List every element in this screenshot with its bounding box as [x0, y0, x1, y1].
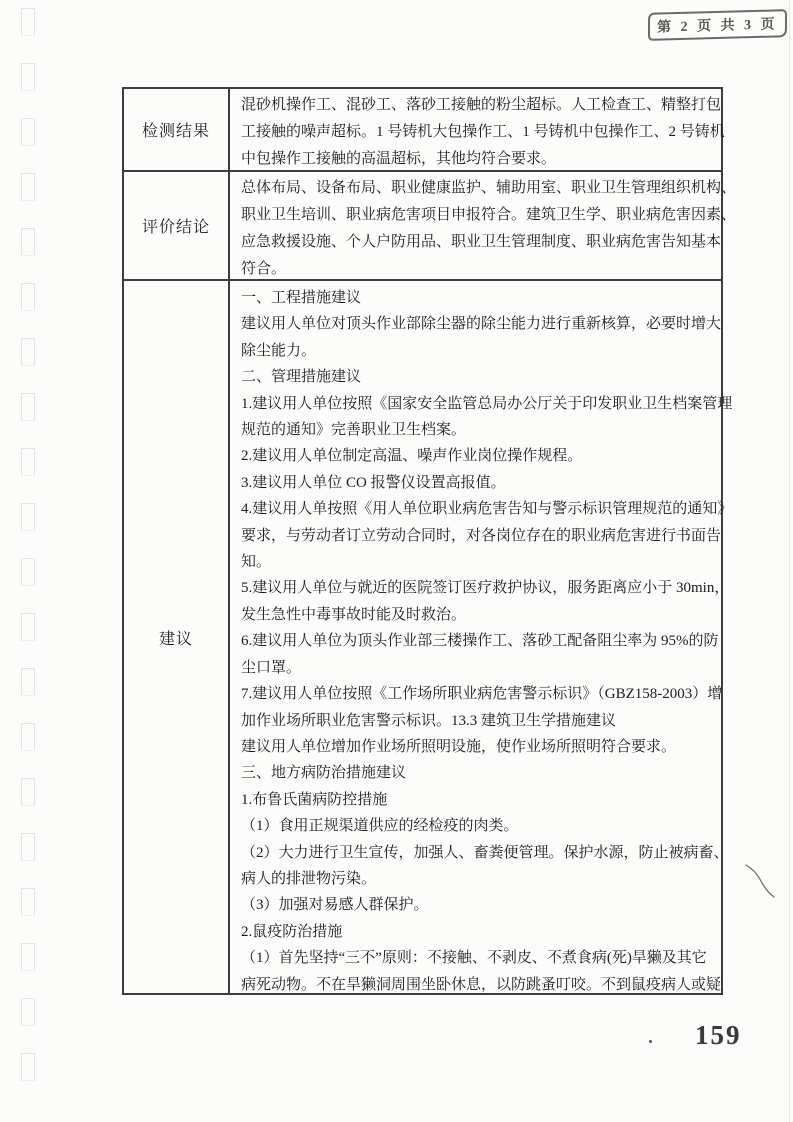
- row-content: 一、工程措施建议建议用人单位对顶头作业部除尘器的除尘能力进行重新核算，必要时增大…: [230, 281, 740, 993]
- text-line: 总体布局、设备布局、职业健康监护、辅助用室、职业卫生管理组织机构、: [241, 175, 736, 202]
- page-number: 159: [695, 1020, 742, 1051]
- row-content: 混砂机操作工、混砂工、落砂工接触的粉尘超标。人工检查工、精整打包工接触的噪声超标…: [230, 89, 733, 170]
- text-line: 6.建议用人单位为顶头作业部三楼操作工、落砂工配备阻尘率为 95%的防: [241, 628, 732, 654]
- scanned-document-page: 第 2 页 共 3 页 检测结果 混砂机操作工、混砂工、落砂工接触的粉尘超标。人…: [0, 0, 793, 1122]
- text-line: 病死动物。不在旱獭洞周围坐卧休息，以防跳蚤叮咬。不到鼠疫病人或疑: [241, 972, 732, 998]
- text-line: 加作业场所职业危害警示标识。13.3 建筑卫生学措施建议: [241, 708, 732, 734]
- text-line: 2.建议用人单位制定高温、噪声作业岗位操作规程。: [241, 443, 732, 469]
- text-line: 三、地方病防治措施建议: [241, 760, 732, 786]
- text-line: 职业卫生培训、职业病危害项目申报符合。建筑卫生学、职业病危害因素、: [241, 202, 736, 229]
- page-stamp-text: 第 2 页 共 3 页: [657, 13, 778, 36]
- text-line: 工接触的噪声超标。1 号铸机大包操作工、1 号铸机中包操作工、2 号铸机: [241, 119, 725, 146]
- text-line: 应急救援设施、个人户防用品、职业卫生管理制度、职业病危害告知基本: [241, 229, 736, 256]
- text-line: 建议用人单位对顶头作业部除尘器的除尘能力进行重新核算，必要时增大: [241, 311, 732, 337]
- stray-pen-mark: [740, 855, 785, 910]
- assessment-table: 检测结果 混砂机操作工、混砂工、落砂工接触的粉尘超标。人工检查工、精整打包工接触…: [122, 87, 723, 995]
- row-label: 建议: [124, 281, 230, 993]
- text-line: 7.建议用人单位按照《工作场所职业病危害警示标识》（GBZ158-2003）增: [241, 681, 732, 707]
- text-line: 一、工程措施建议: [241, 285, 732, 311]
- text-line: 2.鼠疫防治措施: [241, 919, 732, 945]
- table-row-detection-results: 检测结果 混砂机操作工、混砂工、落砂工接触的粉尘超标。人工检查工、精整打包工接触…: [124, 89, 721, 170]
- text-line: （2）大力进行卫生宣传，加强人、畜粪便管理。保护水源，防止被病畜、: [241, 840, 732, 866]
- text-line: 3.建议用人单位 CO 报警仪设置高报值。: [241, 470, 732, 496]
- text-line: 符合。: [241, 256, 736, 283]
- text-line: 发生急性中毒事故时能及时救治。: [241, 602, 732, 628]
- page-edge-shadow: [789, 0, 790, 1122]
- text-line: 二、管理措施建议: [241, 364, 732, 390]
- text-line: 尘口罩。: [241, 655, 732, 681]
- text-line: 知。: [241, 549, 732, 575]
- page-stamp: 第 2 页 共 3 页: [648, 9, 787, 41]
- text-line: （1）首先坚持“三不”原则：不接触、不剥皮、不煮食病(死)旱獭及其它: [241, 945, 732, 971]
- stray-dot-mark: [649, 1040, 652, 1043]
- text-line: 病人的排泄物污染。: [241, 866, 732, 892]
- text-line: （1）食用正规渠道供应的经检疫的肉类。: [241, 813, 732, 839]
- text-line: 5.建议用人单位与就近的医院签订医疗救护协议，服务距离应小于 30min，: [241, 575, 732, 601]
- text-line: 除尘能力。: [241, 338, 732, 364]
- row-label: 评价结论: [124, 172, 230, 279]
- text-line: 混砂机操作工、混砂工、落砂工接触的粉尘超标。人工检查工、精整打包: [241, 92, 725, 119]
- text-line: 1.布鲁氏菌病防控措施: [241, 787, 732, 813]
- table-row-recommendations: 建议 一、工程措施建议建议用人单位对顶头作业部除尘器的除尘能力进行重新核算，必要…: [124, 279, 721, 993]
- text-line: 1.建议用人单位按照《国家安全监管总局办公厅关于印发职业卫生档案管理: [241, 391, 732, 417]
- table-row-evaluation-conclusion: 评价结论 总体布局、设备布局、职业健康监护、辅助用室、职业卫生管理组织机构、职业…: [124, 170, 721, 279]
- row-content: 总体布局、设备布局、职业健康监护、辅助用室、职业卫生管理组织机构、职业卫生培训、…: [230, 172, 744, 279]
- text-line: （3）加强对易感人群保护。: [241, 892, 732, 918]
- text-line: 要求，与劳动者订立劳动合同时，对各岗位存在的职业病危害进行书面告: [241, 523, 732, 549]
- text-line: 中包操作工接触的高温超标，其他均符合要求。: [241, 146, 725, 173]
- text-line: 4.建议用人单按照《用人单位职业病危害告知与警示标识管理规范的通知》: [241, 496, 732, 522]
- text-line: 规范的通知》完善职业卫生档案。: [241, 417, 732, 443]
- row-label: 检测结果: [124, 89, 230, 170]
- text-line: 建议用人单位增加作业场所照明设施，使作业场所照明符合要求。: [241, 734, 732, 760]
